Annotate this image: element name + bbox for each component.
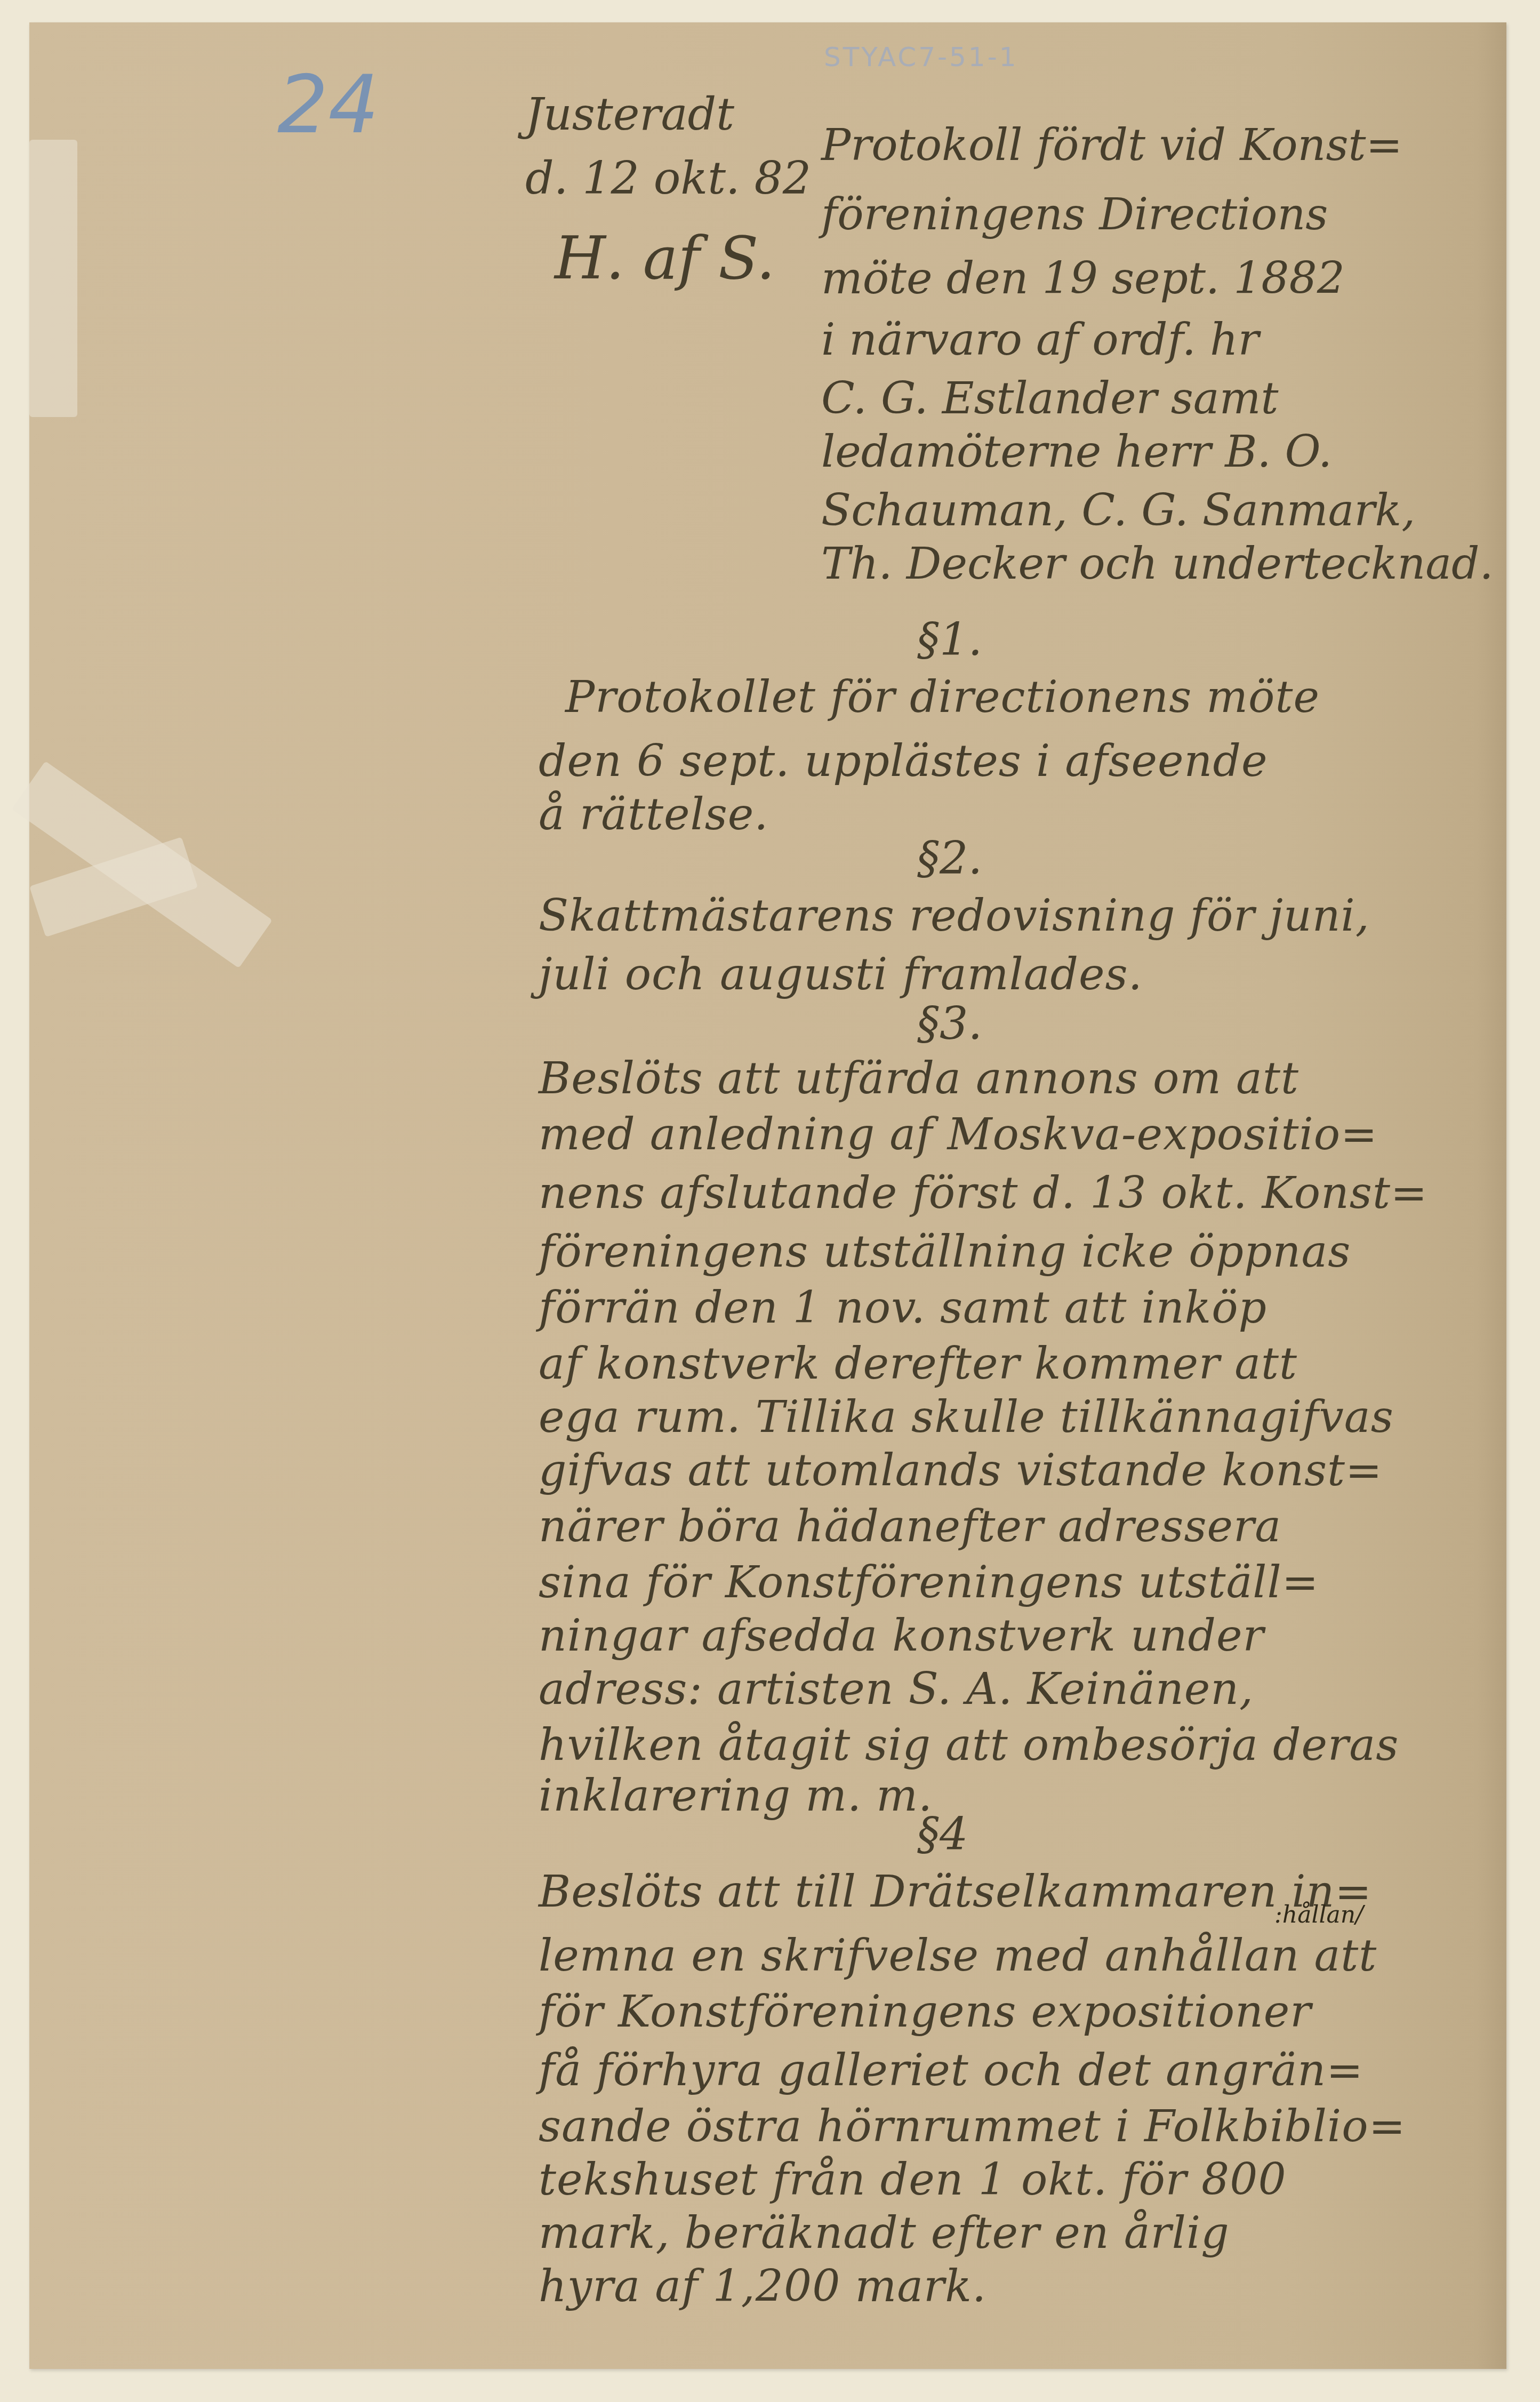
margin-note-signature: H. af S. bbox=[555, 224, 775, 292]
heading-line: Schauman, C. G. Sanmark, bbox=[821, 485, 1415, 536]
body-line: ega rum. Tillika skulle tillkännagifvas bbox=[539, 1392, 1394, 1443]
body-line: af konstverk derefter kommer att bbox=[539, 1339, 1297, 1389]
body-line: gifvas att utomlands vistande konst= bbox=[539, 1445, 1383, 1496]
body-line: juli och augusti framlades. bbox=[539, 949, 1143, 1000]
heading-line: möte den 19 sept. 1882 bbox=[821, 253, 1345, 304]
body-line: närer böra hädanefter adressera bbox=[539, 1501, 1281, 1552]
body-line: Protokollet för directionens möte bbox=[565, 672, 1320, 723]
archive-stamp: STYAC7-51-1 bbox=[824, 42, 1018, 73]
body-line: sina för Konstföreningens utställ= bbox=[539, 1557, 1319, 1608]
section-mark: §1. bbox=[917, 613, 982, 666]
heading-line: C. G. Estlander samt bbox=[821, 373, 1278, 424]
body-line: Beslöts att utfärda annons om att bbox=[539, 1053, 1299, 1104]
heading-line: i närvaro af ordf. hr bbox=[821, 315, 1259, 365]
body-line: den 6 sept. upplästes i afseende bbox=[539, 736, 1268, 787]
tape-strip bbox=[29, 140, 77, 417]
body-line: sande östra hörnrummet i Folkbiblio= bbox=[539, 2101, 1406, 2152]
folio-number: 24 bbox=[277, 59, 379, 151]
interlinear-insertion: :hållan/ bbox=[1274, 1901, 1363, 1928]
body-line: hyra af 1,200 mark. bbox=[539, 2261, 986, 2312]
body-line: lemna en skrifvelse med anhållan att bbox=[539, 1931, 1377, 1981]
body-line: Beslöts att till Drätselkammaren in= bbox=[539, 1867, 1372, 1917]
body-line: mark, beräknadt efter en årlig bbox=[539, 2208, 1230, 2259]
body-line: ningar afsedda konstverk under bbox=[539, 1611, 1264, 1661]
margin-note-line: d. 12 okt. 82 bbox=[525, 152, 811, 204]
body-line: Skattmästarens redovisning för juni, bbox=[539, 891, 1370, 941]
heading-line: föreningens Directions bbox=[821, 189, 1328, 240]
heading-line: Th. Decker och undertecknad. bbox=[821, 539, 1494, 589]
section-mark: §2. bbox=[917, 832, 982, 884]
body-line: tekshuset från den 1 okt. för 800 bbox=[539, 2155, 1287, 2205]
body-line: med anledning af Moskva-expositio= bbox=[539, 1109, 1378, 1160]
body-line: å rättelse. bbox=[539, 789, 768, 840]
body-line: få förhyra galleriet och det angrän= bbox=[539, 2045, 1363, 2096]
heading-line: Protokoll fördt vid Konst= bbox=[821, 120, 1402, 171]
body-line: nens afslutande först d. 13 okt. Konst= bbox=[539, 1168, 1428, 1219]
heading-line: ledamöterne herr B. O. bbox=[821, 427, 1332, 477]
section-mark: §3. bbox=[917, 997, 982, 1050]
margin-note-line: Justeradt bbox=[525, 88, 734, 140]
body-line: inklarering m. m. bbox=[539, 1771, 933, 1821]
body-line: adress: artisten S. A. Keinänen, bbox=[539, 1664, 1254, 1715]
body-line: föreningens utställning icke öppnas bbox=[539, 1227, 1351, 1277]
body-line: förrän den 1 nov. samt att inköp bbox=[539, 1283, 1267, 1333]
body-line: hvilken åtagit sig att ombesörja deras bbox=[539, 1720, 1399, 1771]
body-line: för Konstföreningens expositioner bbox=[539, 1987, 1312, 2037]
section-mark: §4 bbox=[917, 1808, 968, 1860]
